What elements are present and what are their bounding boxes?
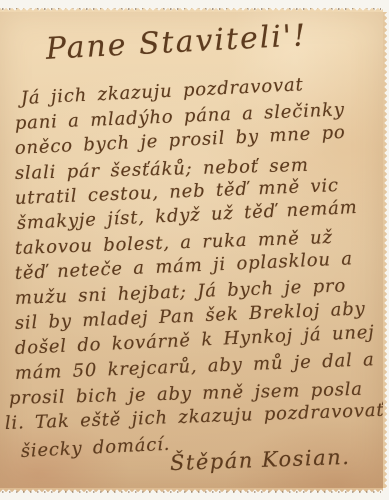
- perforated-edge-right: [383, 12, 388, 488]
- salutation-line: Pane Staviteli'!: [0, 16, 354, 69]
- scanned-letter-card: Pane Staviteli'! Já jich zkazuju pozdrav…: [0, 0, 389, 500]
- perforated-edge-bottom: [0, 488, 383, 493]
- closing-row: šiecky domácí. Štěpán Kosian.: [15, 438, 381, 464]
- signature: Štěpán Kosian.: [170, 445, 351, 475]
- letter-paper: Pane Staviteli'! Já jich zkazuju pozdrav…: [0, 12, 383, 488]
- handwriting-line: šiecky domácí.: [20, 432, 170, 464]
- letter-body: Já jich zkazuju pozdravovat pani a mladý…: [15, 86, 381, 464]
- letter-content: Pane Staviteli'! Já jich zkazuju pozdrav…: [0, 12, 383, 488]
